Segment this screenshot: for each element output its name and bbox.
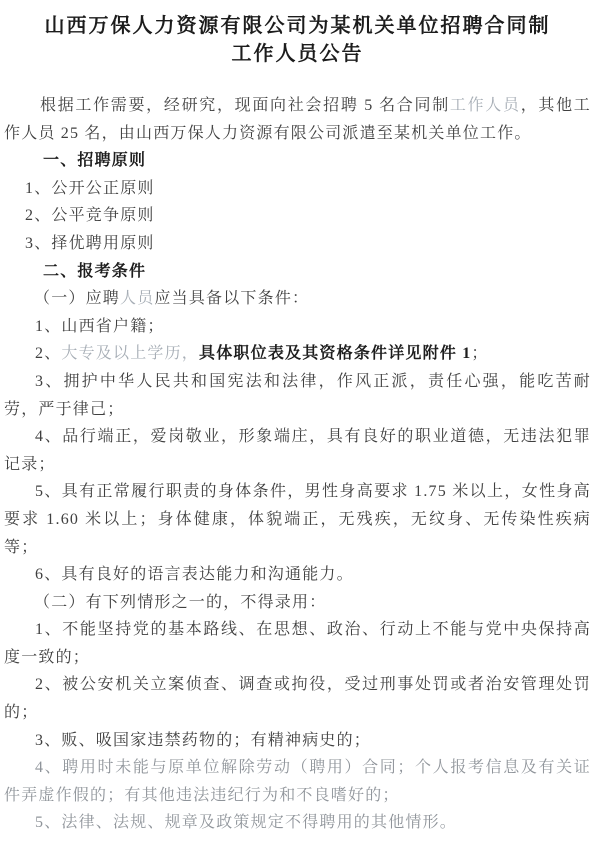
paragraph: 1、公开公正原则 [4, 175, 591, 203]
paragraph: 5、法律、法规、规章及政策规定不得聘用的其他情形。 [4, 809, 591, 837]
paragraph: 1、山西省户籍； [4, 313, 591, 341]
text-run: 1、不能坚持党的基本路线、在思想、政治、行动上不能与党中央保持高度一致的； [4, 621, 591, 666]
paragraph: 2、被公安机关立案侦查、调查或拘役，受过刑事处罚或者治安管理处罚的； [4, 671, 591, 726]
text-run: 5、具有正常履行职责的身体条件，男性身高要求 1.75 米以上，女性身高要求 1… [4, 483, 591, 555]
title-line-1: 山西万保人力资源有限公司为某机关单位招聘合同制 [45, 15, 551, 37]
text-run: 应当具备以下条件： [154, 290, 309, 307]
paragraph: 5、具有正常履行职责的身体条件，男性身高要求 1.75 米以上，女性身高要求 1… [4, 478, 591, 561]
keyword-text: 人员 [120, 290, 154, 307]
doc-title: 山西万保人力资源有限公司为某机关单位招聘合同制工作人员公告 [4, 12, 591, 68]
paragraph: 6、具有良好的语言表达能力和沟通能力。 [4, 561, 591, 589]
bold-text: 一、招聘原则 [43, 152, 146, 169]
text-run: （二）有下列情形之一的，不得录用： [34, 594, 326, 611]
paragraph: 2、大专及以上学历，具体职位表及其资格条件详见附件 1； [4, 340, 591, 368]
paragraph: 2、公平竞争原则 [4, 202, 591, 230]
text-run: 2、被公安机关立案侦查、调查或拘役，受过刑事处罚或者治安管理处罚的； [4, 676, 591, 721]
paragraph: 根据工作需要，经研究，现面向社会招聘 5 名合同制工作人员，其他工作人员 25 … [4, 92, 591, 147]
bold-text: 二、报考条件 [43, 263, 146, 280]
paragraph: （二）有下列情形之一的，不得录用： [4, 589, 591, 617]
text-run: 根据工作需要，经研究，现面向社会招聘 5 名合同制 [40, 97, 450, 114]
text-run: 2、 [35, 345, 61, 362]
text-run: 4、聘用时未能与原单位解除劳动（聘用）合同；个人报考信息及有关证件弄虚作假的；有… [4, 759, 591, 804]
text-run: 1、山西省户籍； [35, 318, 165, 335]
title-line-2: 工作人员公告 [232, 43, 364, 65]
text-run: （一）应聘 [34, 290, 120, 307]
paragraph: 二、报考条件 [4, 258, 591, 286]
keyword-text: 大专及以上学历， [61, 345, 199, 362]
paragraph: 4、聘用时未能与原单位解除劳动（聘用）合同；个人报考信息及有关证件弄虚作假的；有… [4, 754, 591, 809]
keyword-text: 工作人员 [450, 97, 521, 114]
paragraph: 一、招聘原则 [4, 147, 591, 175]
text-run: 4、品行端正，爱岗敬业，形象端庄，具有良好的职业道德，无违法犯罪记录； [4, 428, 591, 473]
paragraph: 3、择优聘用原则 [4, 230, 591, 258]
paragraph: （一）应聘人员应当具备以下条件： [4, 285, 591, 313]
text-run: ； [471, 345, 488, 362]
text-run: 3、拥护中华人民共和国宪法和法律，作风正派，责任心强，能吃苦耐劳，严于律己； [4, 373, 591, 418]
text-run: 5、法律、法规、规章及政策规定不得聘用的其他情形。 [35, 814, 457, 831]
text-run: 2、公平竞争原则 [25, 207, 155, 224]
text-run: 1、公开公正原则 [25, 180, 155, 197]
doc-body: 根据工作需要，经研究，现面向社会招聘 5 名合同制工作人员，其他工作人员 25 … [4, 92, 591, 837]
paragraph: 1、不能坚持党的基本路线、在思想、政治、行动上不能与党中央保持高度一致的； [4, 616, 591, 671]
bold-text: 具体职位表及其资格条件详见附件 1 [199, 345, 471, 362]
document-page: 山西万保人力资源有限公司为某机关单位招聘合同制工作人员公告 根据工作需要，经研究… [0, 0, 595, 843]
paragraph: 4、品行端正，爱岗敬业，形象端庄，具有良好的职业道德，无违法犯罪记录； [4, 423, 591, 478]
text-run: 3、择优聘用原则 [25, 235, 155, 252]
paragraph: 3、拥护中华人民共和国宪法和法律，作风正派，责任心强，能吃苦耐劳，严于律己； [4, 368, 591, 423]
paragraph: 3、贩、吸国家违禁药物的；有精神病史的； [4, 727, 591, 755]
text-run: 3、贩、吸国家违禁药物的；有精神病史的； [35, 732, 371, 749]
text-run: 6、具有良好的语言表达能力和沟通能力。 [35, 566, 354, 583]
